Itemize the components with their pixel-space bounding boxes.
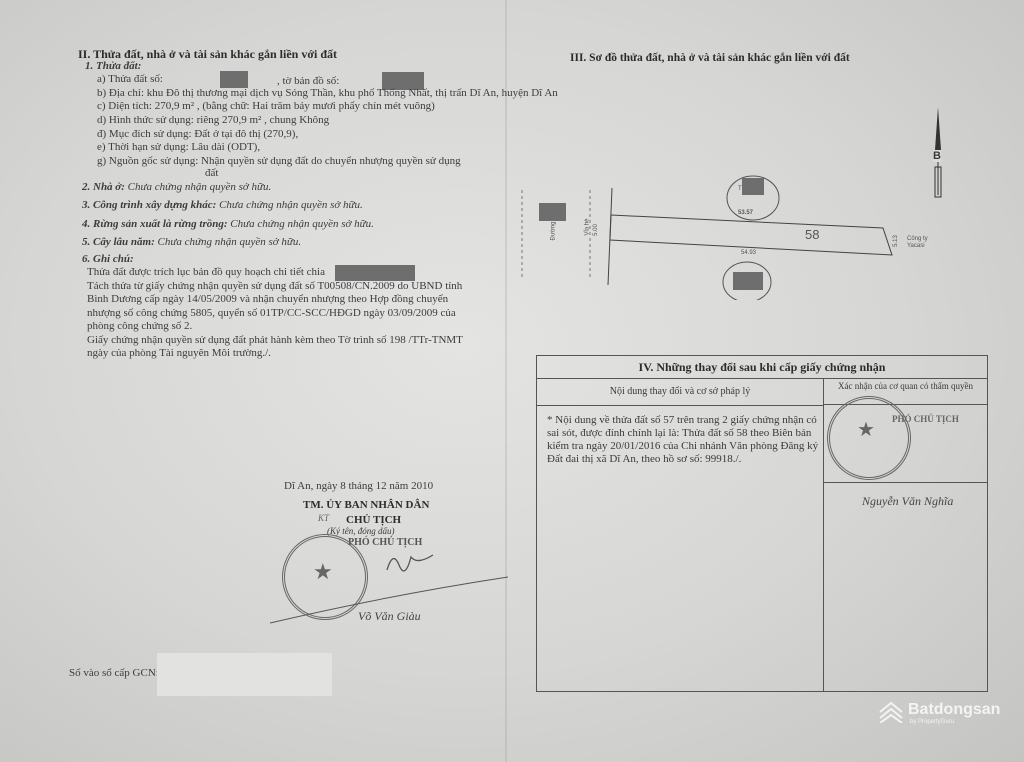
perennial-tree-item: 5. Cây lâu năm: Chưa chứng nhận quyền sở… [82, 236, 301, 248]
note-line: Giấy chứng nhận quyền sử dụng đất phát h… [87, 334, 463, 346]
signing-date: Dĩ An, ngày 8 tháng 12 năm 2010 [284, 480, 433, 492]
watermark-brand: Batdongsan [908, 701, 1000, 719]
column-header-changes: Nội dung thay đổi và cơ sở pháp lý [537, 379, 824, 406]
item-label: 5. Cây lâu năm: [82, 236, 155, 248]
issuing-org: TM. ỦY BAN NHÂN DÂN [303, 499, 429, 511]
parcel-number-label: a) Thửa đất số: [97, 73, 163, 85]
usage-origin-line: g) Nguồn gốc sử dụng: Nhận quyền sử dụng… [97, 155, 461, 167]
house-item: 2. Nhà ở: Chưa chứng nhận quyền sở hữu. [82, 181, 271, 193]
section-4-title: IV. Những thay đổi sau khi cấp giấy chứn… [537, 356, 987, 379]
neighbor-label: Công ty Yacasi [907, 236, 937, 250]
watermark-sub: by PropertyGuru [910, 719, 954, 725]
item-value: Chưa chứng nhận quyền sở hữu. [219, 199, 363, 211]
section-3-title: III. Sơ đồ thửa đất, nhà ở và tài sản kh… [570, 52, 850, 64]
top-length: 53.57 [738, 210, 753, 216]
other-construction-item: 3. Công trình xây dựng khác: Chưa chứng … [82, 199, 363, 211]
confirmation-signer: Nguyễn Văn Nghĩa [862, 494, 953, 509]
page-fold [505, 0, 507, 762]
address-line: b) Địa chỉ: khu Đô thị thương mại dịch v… [97, 87, 558, 99]
redacted-registry-number [157, 653, 332, 696]
redacted-parcel-number [220, 71, 248, 88]
changes-table: IV. Những thay đổi sau khi cấp giấy chứn… [536, 355, 988, 692]
note-line: phòng công chứng số 2. [87, 320, 192, 332]
certificate-page: II. Thửa đất, nhà ở và tài sản khác gắn … [0, 0, 1024, 762]
map-sheet-label: , tờ bản đồ số: [277, 75, 339, 87]
note-line: Tách thửa từ giấy chứng nhận quyền sử dụ… [87, 280, 462, 292]
usage-origin-line-2: đất [205, 167, 218, 179]
usage-term-line: e) Thời hạn sử dụng: Lâu dài (ODT), [97, 141, 260, 153]
parcel-heading: 1. Thửa đất: [85, 60, 141, 72]
signer-name: Võ Văn Giàu [358, 609, 421, 624]
item-value: Chưa chứng nhận quyền sở hữu. [128, 181, 272, 193]
signature-scribble-icon [385, 545, 435, 575]
top-neighbor-prefix: T [738, 186, 742, 192]
parcel-number-handwritten: 58 [805, 227, 819, 242]
signature-divider [824, 482, 987, 483]
kt-mark: KT [318, 513, 329, 523]
front-width: 5.00 [593, 224, 599, 236]
item-value: Chưa chứng nhận quyền sở hữu. [157, 236, 301, 248]
redacted-road-name [539, 203, 566, 221]
item-label: 4. Rừng sản xuất là rừng trồng: [82, 218, 228, 230]
note-line: Thửa đất được trích lục bản đồ quy hoạch… [87, 266, 325, 278]
sidewalk-label: Vỉa hè [585, 218, 591, 235]
redacted-plan-detail [335, 265, 415, 281]
bottom-length: 54.93 [741, 250, 756, 256]
usage-form-line: d) Hình thức sử dụng: riêng 270,9 m² , c… [97, 114, 329, 126]
change-entry: * Nội dung về thửa đất số 57 trên trang … [547, 414, 827, 466]
redacted-bottom-neighbor [733, 272, 763, 290]
usage-purpose-line: đ) Mục đích sử dụng: Đất ở tại đô thị (2… [97, 128, 298, 140]
back-width: 5.13 [893, 235, 899, 247]
parcel-diagram: Đường Vỉa hè 5.00 T 53.57 54.93 58 5.13 … [510, 170, 930, 300]
item-label: 2. Nhà ở: [82, 181, 125, 193]
batdongsan-logo-icon [878, 701, 904, 723]
area-line: c) Diện tích: 270,9 m² , (bằng chữ: Hai … [97, 100, 435, 112]
note-line: nhượng số công chứng 5805, quyển số 01TP… [87, 307, 456, 319]
note-line: Bình Dương cấp ngày 14/05/2009 và nhận c… [87, 293, 448, 305]
confirmation-stamp-icon: ★ [827, 396, 911, 480]
item-value: Chưa chứng nhận quyền sở hữu. [230, 218, 374, 230]
note-line: ngày của phòng Tài nguyên Môi trường./. [87, 347, 271, 359]
stamp-title: PHÓ CHỦ TỊCH [892, 414, 959, 424]
item-label: 3. Công trình xây dựng khác: [82, 199, 216, 211]
parcel-outline-icon [510, 170, 930, 300]
redacted-top-neighbor [742, 178, 764, 195]
chairman-title: CHỦ TỊCH [346, 514, 401, 526]
star-icon: ★ [857, 417, 875, 442]
road-label: Đường [550, 222, 556, 241]
registry-label: Số vào sổ cấp GCN: [69, 667, 159, 679]
notes-heading: 6. Ghi chú: [82, 253, 134, 265]
forest-item: 4. Rừng sản xuất là rừng trồng: Chưa chứ… [82, 218, 374, 230]
north-label: B [933, 150, 941, 162]
sign-note: (Ký tên, đóng dấu) [327, 526, 395, 536]
